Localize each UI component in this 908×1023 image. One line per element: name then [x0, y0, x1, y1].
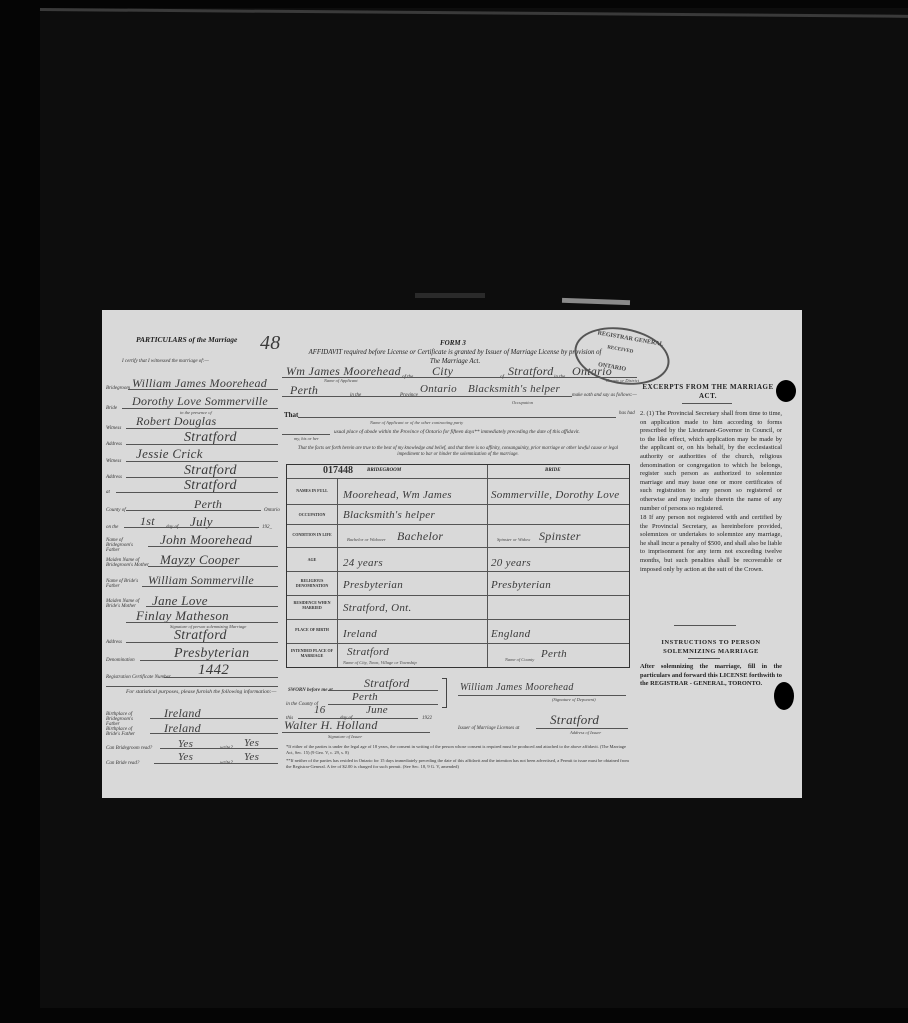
that-label: That [284, 411, 298, 419]
excerpt-section-2: 2. (1) The Provincial Secretary shall fr… [640, 410, 782, 513]
issuer-of-label: Issuer of Marriage Licenses at [458, 726, 519, 731]
sworn-county: Perth [352, 691, 378, 703]
bride-name: Sommerville, Dorothy Love [491, 489, 619, 501]
denomination-label: Denomination [106, 658, 135, 663]
table-row: AGE 24 years 20 years [287, 547, 629, 572]
sworn-year: 1922 [422, 716, 432, 721]
bride-condition-label: Spinster or Widow [497, 537, 530, 542]
bride-label: Bride [106, 406, 117, 411]
bride-denomination: Presbyterian [491, 579, 551, 591]
groom-mother-label: Maiden Name of Bridegroom's Mother [106, 558, 150, 568]
witness2-value: Jessie Crick [136, 446, 203, 462]
groom-birthplace: Ireland [343, 628, 377, 640]
instructions-heading: INSTRUCTIONS TO PERSON SOLEMNIZING MARRI… [642, 638, 780, 656]
witness1-address-label: Address [106, 442, 122, 447]
facts-text: That the facts set forth herein are true… [288, 446, 628, 458]
table-row: NAMES IN FULL Moorehead, Wm James Sommer… [287, 478, 629, 505]
marriage-document: PARTICULARS of the Marriage 48 I certify… [102, 310, 802, 798]
issuer-place: Stratford [550, 712, 599, 728]
groom-name: Moorehead, Wm James [343, 489, 452, 501]
occupation-label: Occupation [512, 400, 533, 405]
bride-father-birthplace-label: Birthplace of Bride's Father [106, 727, 146, 737]
applicant-name-label: Name of Applicant [324, 378, 358, 383]
table-row: CONDITION IN LIFE Bachelor or Widower Ba… [287, 524, 629, 548]
solemnizer-address-label: Address [106, 640, 122, 645]
sworn-place: Stratford [364, 676, 410, 691]
witness2-label: Witness [106, 459, 121, 464]
bride-condition: Spinster [539, 529, 581, 544]
sworn-label: SWORN before me at [288, 688, 333, 693]
intended-place: Stratford [347, 646, 389, 658]
groom-father-birthplace-label: Birthplace of Bridegroom's Father [106, 712, 146, 727]
col-bride: BRIDE [545, 468, 561, 473]
groom-condition-label: Bachelor or Widower [347, 537, 386, 542]
bridegroom-label: Bridegroom [106, 386, 130, 391]
deponent-label: (Signature of Deponent) [552, 697, 596, 702]
footnote-age: *If either of the parties is under the l… [286, 744, 630, 756]
year-value: 192_ [262, 525, 272, 530]
applicant-province: Ontario [420, 383, 457, 395]
issuer-signature: Walter H. Holland [284, 718, 378, 733]
instructions-text: After solemnizing the marriage, fill in … [640, 663, 782, 689]
province-label: Ontario [264, 508, 280, 513]
witness1-value: Robert Douglas [136, 414, 217, 429]
at-label: at [106, 490, 110, 495]
intended-county: Perth [541, 648, 567, 660]
groom-occupation: Blacksmith's helper [343, 509, 435, 521]
that-sub-label: Name of Applicant or of the other contra… [370, 420, 463, 425]
residence-text: usual place of abode within the Province… [334, 429, 580, 435]
date-on-label: on the [106, 525, 118, 530]
groom-residence: Stratford, Ont. [343, 602, 412, 614]
sworn-month: June [366, 704, 388, 716]
certify-text: I certify that I witnessed the marriage … [122, 359, 209, 364]
col-bridegroom: BRIDEGROOM [367, 468, 401, 473]
witness2-address-label: Address [106, 475, 122, 480]
row-label: PLACE OF BIRTH [287, 627, 337, 632]
make-oath-text: make oath and say as follows:— [572, 393, 637, 398]
has-had-label: has had [619, 411, 635, 416]
row-label: INTENDED PLACE OF MARRIAGE [287, 648, 337, 658]
groom-age: 24 years [343, 557, 383, 569]
row-label: RESIDENCE WHEN MARRIED [287, 600, 337, 610]
footnote-residence: **If neither of the parties has resided … [286, 758, 630, 770]
registrar-stamp: REGISTRAR GENERAL RECEIVED ONTARIO [570, 320, 674, 392]
groom-denomination: Presbyterian [343, 579, 403, 591]
deponent-signature: William James Moorehead [460, 682, 574, 693]
table-row: RELIGIOUS DENOMINATION Presbyterian Pres… [287, 571, 629, 596]
bride-read-label: Can Bride read? [106, 761, 139, 766]
groom-father-label: Name of Bridegroom's Father [106, 538, 146, 553]
residence-sub-label: my, his or her [294, 436, 319, 441]
groom-read-label: Can Bridegroom read? [106, 746, 152, 751]
form-label: FORM 3 [440, 339, 466, 347]
excerpts-heading: EXCERPTS FROM THE MARRIAGE ACT. [638, 383, 778, 401]
row-label: OCCUPATION [287, 512, 337, 517]
bride-write-value: Yes [244, 751, 259, 763]
issuer-address-label: Address of Issuer [570, 730, 601, 735]
issuer-signature-label: Signature of Issuer [328, 734, 362, 739]
stamp-line3: ONTARIO [598, 362, 627, 373]
county-name-label: Name of County [505, 657, 534, 662]
table-row: OCCUPATION Blacksmith's helper [287, 504, 629, 525]
punch-hole [776, 380, 796, 402]
row-label: RELIGIOUS DENOMINATION [287, 578, 337, 588]
intended-place-label: Name of City, Town, Village or Township [343, 660, 417, 665]
table-row: PLACE OF BIRTH Ireland England [287, 619, 629, 644]
groom-condition: Bachelor [397, 529, 443, 544]
table-row: INTENDED PLACE OF MARRIAGE Stratford Nam… [287, 643, 629, 668]
bride-value: Dorothy Love Sommerville [132, 394, 268, 409]
particulars-heading: PARTICULARS of the Marriage [136, 335, 237, 344]
bride-age: 20 years [491, 557, 531, 569]
registration-number-label: Registration Certificate Number [106, 675, 171, 680]
film-tab [415, 293, 485, 298]
stamp-line2: RECEIVED [607, 345, 634, 355]
sworn-day: 16 [314, 704, 326, 716]
row-label: CONDITION IN LIFE [287, 532, 337, 537]
table-row: RESIDENCE WHEN MARRIED Stratford, Ont. [287, 595, 629, 620]
statistical-note: For statistical purposes, please furnish… [126, 689, 276, 695]
serial-number: 017448 [323, 465, 353, 476]
page-number: 48 [260, 332, 281, 355]
particulars-table: 017448 BRIDEGROOM BRIDE NAMES IN FULL Mo… [286, 464, 630, 668]
applicant-occupation: Blacksmith's helper [468, 383, 560, 395]
witness1-label: Witness [106, 426, 121, 431]
bride-read-value: Yes [178, 751, 193, 763]
row-label: NAMES IN FULL [287, 488, 337, 493]
bride-birthplace: England [491, 628, 530, 640]
county-label: County of [106, 508, 126, 513]
bride-father-label: Name of Bride's Father [106, 579, 142, 589]
punch-hole [774, 682, 794, 710]
excerpt-section-18: 18 If any person not registered with and… [640, 514, 782, 574]
row-label: AGE [287, 557, 337, 562]
